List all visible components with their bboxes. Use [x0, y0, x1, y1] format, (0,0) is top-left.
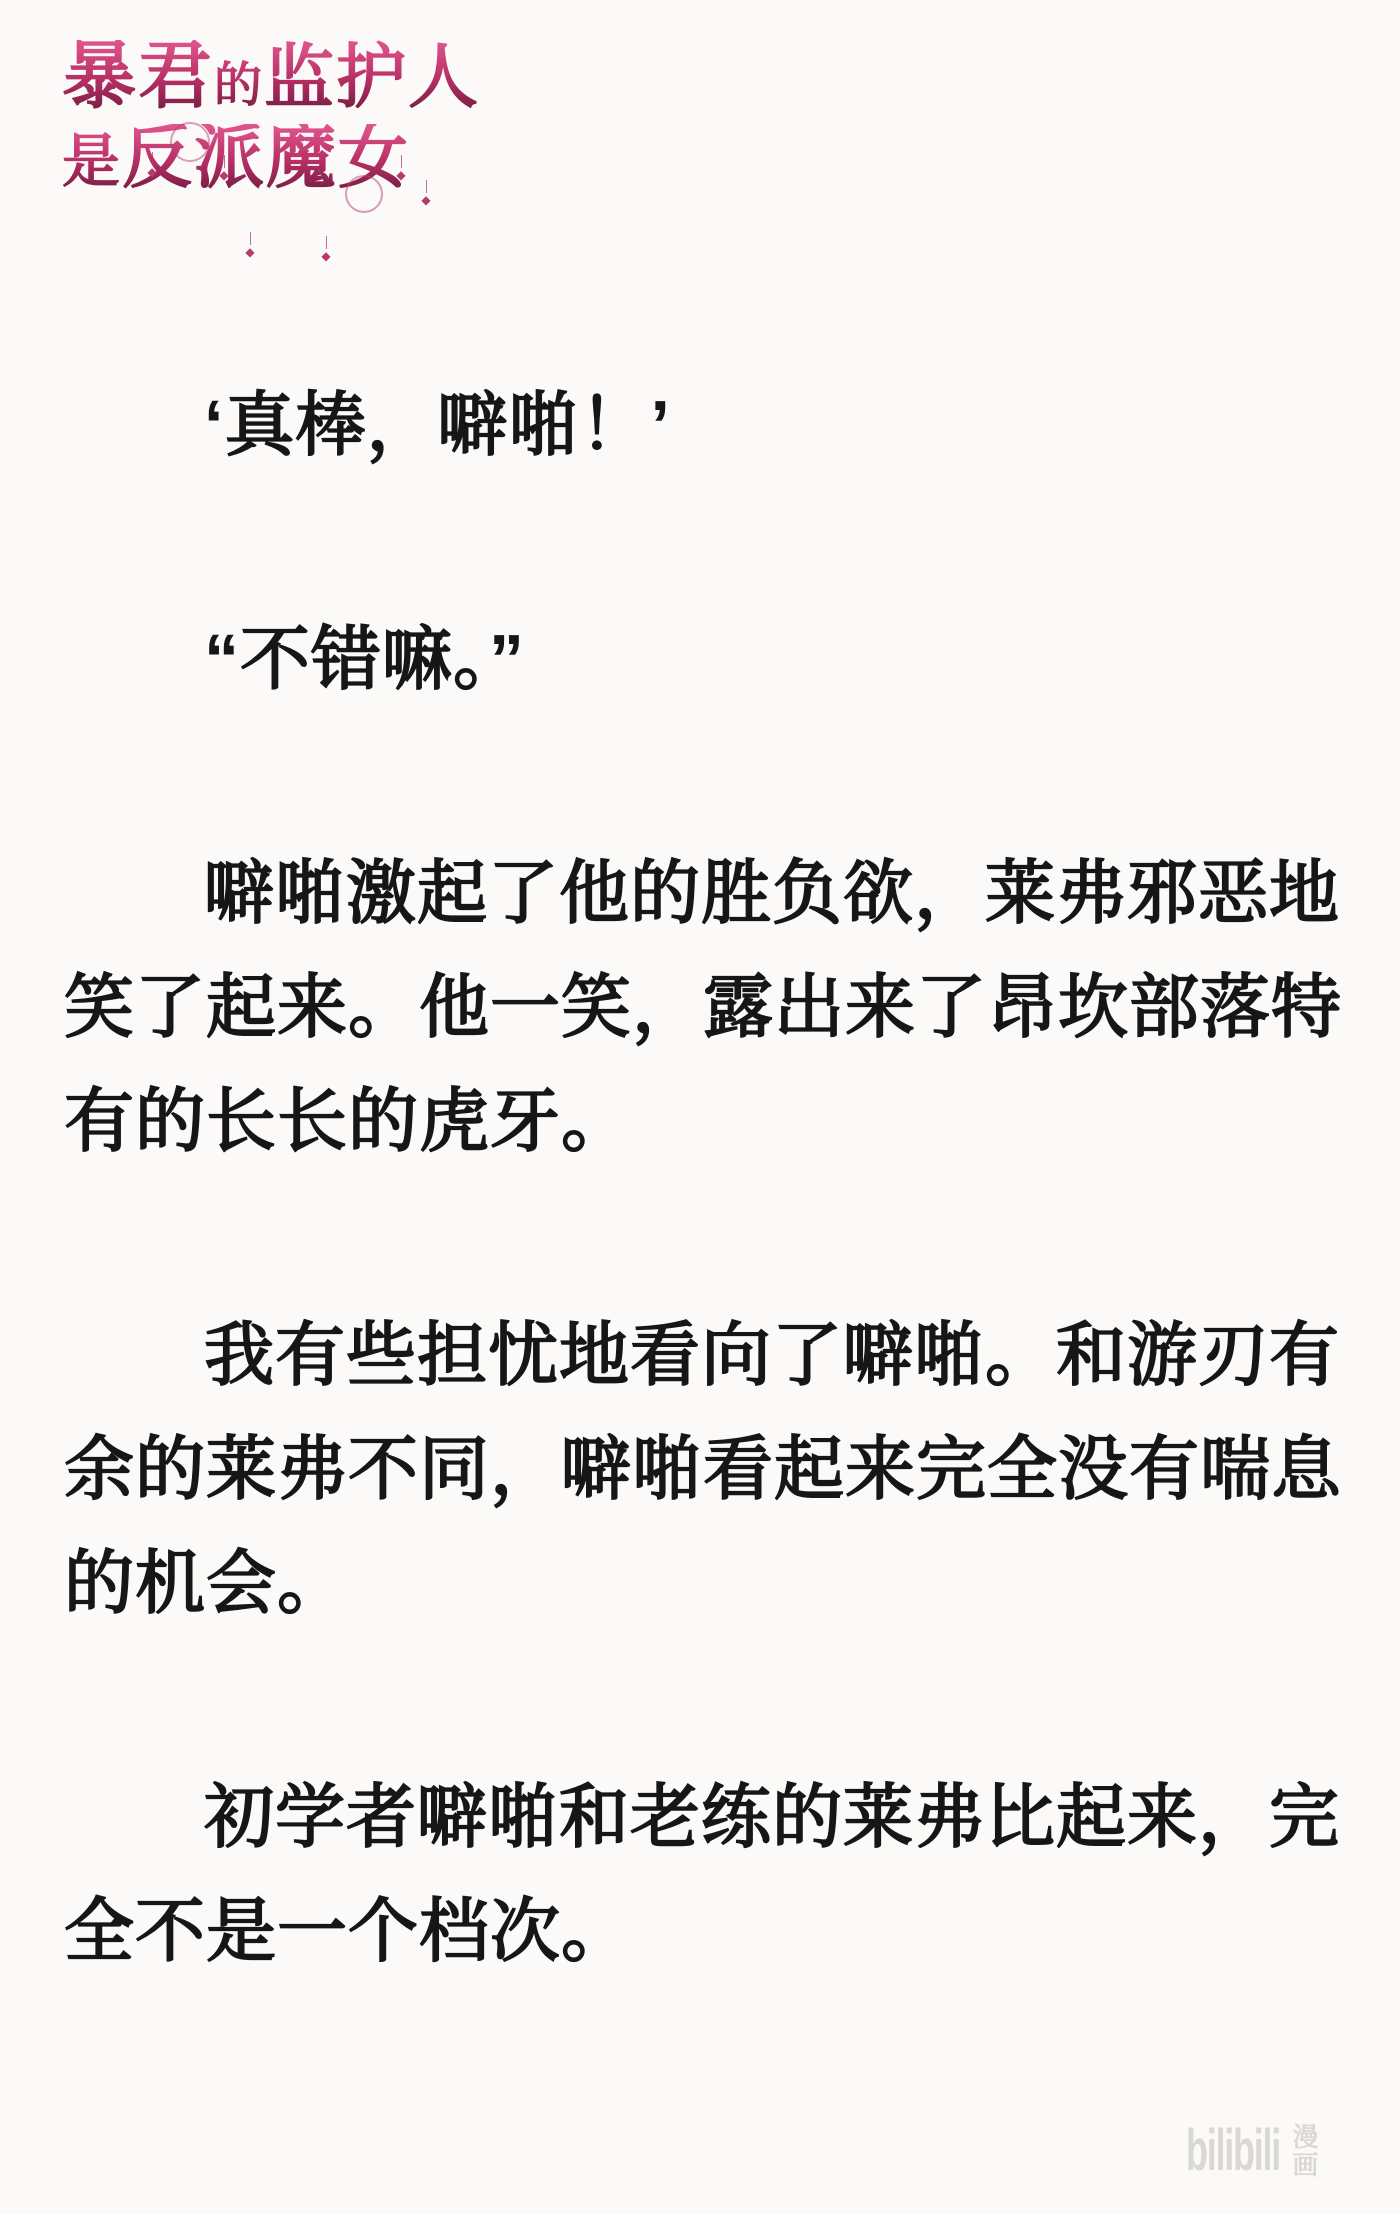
bilibili-logo: bilibili	[1186, 2122, 1280, 2180]
jewel-ornament-icon: ◆	[218, 155, 230, 181]
text-line: 的机会。	[64, 1526, 1344, 1640]
text-line: “不错嘛。”	[64, 602, 1344, 716]
logo-text-de: 的	[214, 59, 264, 112]
text-line: ‘真棒，噼啪！’	[64, 368, 1344, 482]
logo-text-baojun: 暴君	[62, 36, 214, 118]
text-line: 余的莱弗不同，噼啪看起来完全没有喘息	[64, 1412, 1344, 1526]
logo-text-shi: 是	[62, 129, 122, 194]
text-line: 我有些担忧地看向了噼啪。和游刃有	[64, 1298, 1344, 1412]
watermark-manhua-label: 漫画	[1290, 2123, 1317, 2179]
logo-title-line2: 是反派魔女	[62, 124, 480, 194]
text-line: 初学者噼啪和老练的莱弗比起来，完	[64, 1760, 1344, 1874]
jewel-ornament-icon: ◆	[395, 155, 407, 181]
paragraph: ‘真棒，噼啪！’	[64, 368, 1344, 482]
paragraph: 我有些担忧地看向了噼啪。和游刃有余的莱弗不同，噼啪看起来完全没有喘息的机会。	[64, 1298, 1344, 1640]
paragraph: 初学者噼啪和老练的莱弗比起来，完全不是一个档次。	[64, 1760, 1344, 1988]
watermark: bilibili 漫画	[1186, 2122, 1317, 2180]
jewel-ornament-icon: ◆	[146, 152, 158, 178]
text-line: 有的长长的虎牙。	[64, 1064, 1344, 1178]
text-line: 噼啪激起了他的胜负欲，莱弗邪恶地	[64, 836, 1344, 950]
logo-ornament-circle	[345, 175, 383, 213]
jewel-ornament-icon: ◆	[244, 232, 256, 258]
jewel-ornament-icon: ◆	[320, 236, 332, 262]
logo-text-jianhuren: 监护人	[264, 40, 480, 117]
jewel-ornament-icon: ◆	[420, 180, 432, 206]
logo-ornament-circle	[170, 122, 210, 162]
logo-title-line1: 暴君的监护人	[62, 40, 480, 114]
paragraph: 噼啪激起了他的胜负欲，莱弗邪恶地笑了起来。他一笑，露出来了昂坎部落特有的长长的虎…	[64, 836, 1344, 1178]
series-logo: 暴君的监护人 是反派魔女 ◆ ◆ ◆ ◆ ◆ ◆	[62, 40, 480, 194]
text-line: 全不是一个档次。	[64, 1874, 1344, 1988]
paragraph: “不错嘛。”	[64, 602, 1344, 716]
body-text: ‘真棒，噼啪！’“不错嘛。”噼啪激起了他的胜负欲，莱弗邪恶地笑了起来。他一笑，露…	[64, 368, 1344, 2108]
text-line: 笑了起来。他一笑，露出来了昂坎部落特	[64, 950, 1344, 1064]
